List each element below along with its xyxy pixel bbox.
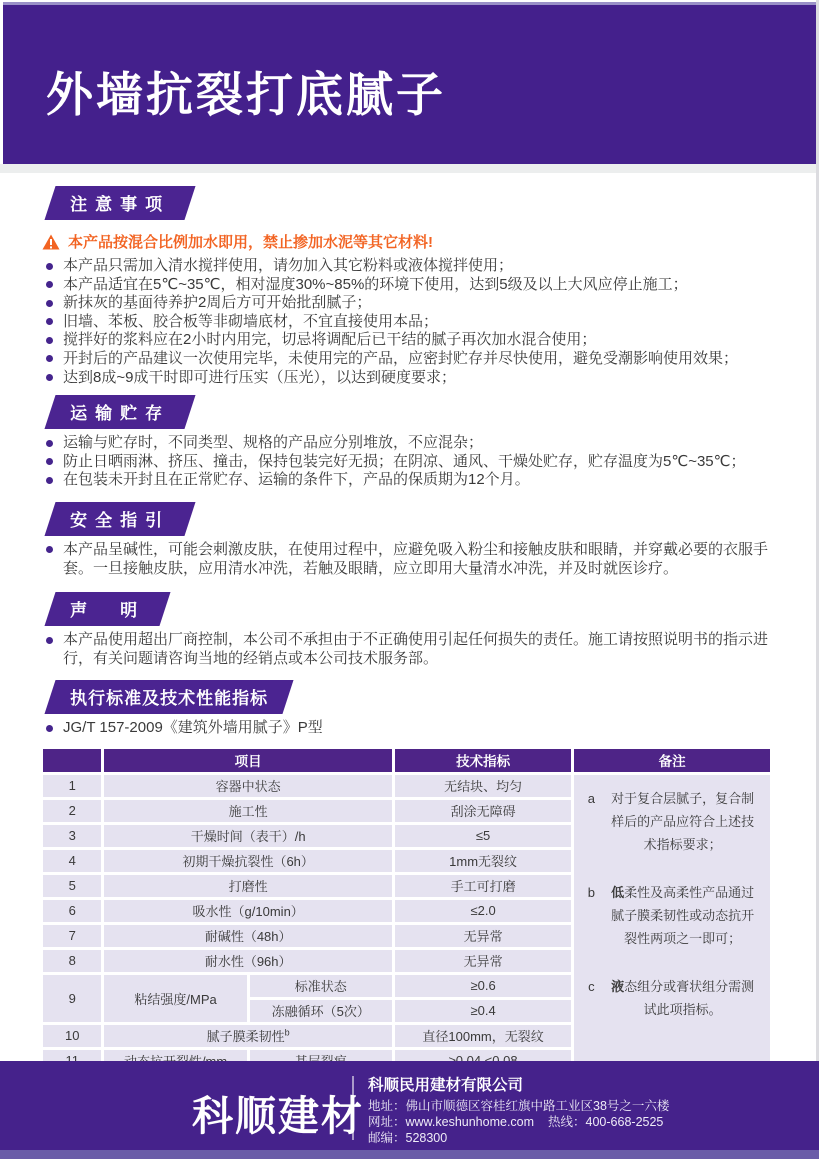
list-item: 本产品适宜在5℃~35℃，相对湿度30%~85%的环境下使用，达到5级及以上大风… [40, 276, 785, 295]
footer-info: 科顺民用建材有限公司 地址：佛山市顺德区容桂红旗中路工业区38号之一六楼 网址：… [368, 1073, 669, 1146]
row-value: 直径100mm，无裂纹 [395, 1025, 571, 1047]
section-badge-label: 安全指引 [70, 506, 170, 531]
row-num: 8 [43, 950, 101, 972]
section-badge-standards: 执行标准及技术性能指标 [44, 680, 293, 714]
row-value: 无异常 [395, 925, 571, 947]
list-item: 达到8成~9成干时即可进行压实（压光），以达到硬度要求； [40, 369, 785, 388]
header-divider-band [0, 164, 819, 173]
list-item: 本产品使用超出厂商控制，本公司不承担由于不正确使用引起任何损失的责任。施工请按照… [40, 631, 785, 668]
row-item: 初期干燥抗裂性（6h） [104, 850, 391, 872]
list-item: 开封后的产品建议一次使用完毕，未使用完的产品，应密封贮存并尽快使用，避免受潮影响… [40, 350, 785, 369]
row-item: 耐碱性（48h） [104, 925, 391, 947]
row-num: 7 [43, 925, 101, 947]
list-item: 搅拌好的浆料应在2小时内用完，切忌将调配后已干结的腻子再次加水混合使用； [40, 331, 785, 350]
row-item: 打磨性 [104, 875, 391, 897]
row-num: 2 [43, 800, 101, 822]
warning-row: 本产品按混合比例加水即用，禁止掺加水泥等其它材料! [42, 231, 785, 252]
col-header-note: 备注 [574, 749, 770, 772]
row-num: 3 [43, 825, 101, 847]
row-num: 10 [43, 1025, 101, 1047]
row-value: ≥0.4 [395, 1000, 571, 1022]
footer-divider [352, 1076, 354, 1140]
row-item: 腻子膜柔韧性b [104, 1025, 391, 1047]
row-item: 吸水性（g/10min） [104, 900, 391, 922]
row-item: 干燥时间（表干）/h [104, 825, 391, 847]
company-address: 地址：佛山市顺德区容桂红旗中路工业区38号之一六楼 [368, 1098, 669, 1114]
note-c: c 液态组分或膏状组分需测试此项指标。 [586, 975, 760, 1021]
company-logo: 科顺建材 [192, 1083, 364, 1142]
section-badge-statement: 声 明 [44, 592, 170, 626]
company-postcode: 邮编：528300 [368, 1130, 669, 1146]
row-item: 施工性 [104, 800, 391, 822]
company-hotline: 热线：400-668-2525 [548, 1115, 663, 1129]
row-value: 无异常 [395, 950, 571, 972]
section-badge-precautions: 注意事项 [44, 186, 195, 220]
note-b: b 低柔性及高柔性产品通过腻子膜柔韧性或动态抗开裂性两项之一即可； [586, 881, 760, 950]
warning-text: 本产品按混合比例加水即用，禁止掺加水泥等其它材料! [68, 231, 433, 252]
transport-storage-list: 运输与贮存时，不同类型、规格的产品应分别堆放，不应混杂； 防止日晒雨淋、挤压、撞… [40, 434, 785, 490]
row-value: 刮涂无障碍 [395, 800, 571, 822]
col-header-index [43, 749, 101, 772]
row-value: 手工可打磨 [395, 875, 571, 897]
row-num: 1 [43, 775, 101, 797]
precautions-list: 本产品只需加入清水搅拌使用，请勿加入其它粉料或液体搅拌使用； 本产品适宜在5℃~… [40, 257, 785, 387]
row-value: ≥0.6 [395, 975, 571, 997]
list-item: 本产品只需加入清水搅拌使用，请勿加入其它粉料或液体搅拌使用； [40, 257, 785, 276]
row-num: 9 [43, 975, 101, 1022]
row-value: ≤5 [395, 825, 571, 847]
list-item: JG/T 157-2009《建筑外墙用腻子》P型 [40, 719, 785, 738]
row-sub-item: 冻融循环（5次） [250, 1000, 392, 1022]
content: 注意事项 本产品按混合比例加水即用，禁止掺加水泥等其它材料! 本产品只需加入清水… [40, 186, 785, 1100]
notes-cell: a 对于复合层腻子，复合制样后的产品应符合上述技术指标要求； b 低柔性及高柔性… [574, 775, 770, 1097]
list-item: 运输与贮存时，不同类型、规格的产品应分别堆放，不应混杂； [40, 434, 785, 453]
company-website: 网址：www.keshunhome.com [368, 1115, 534, 1129]
safety-guide-list: 本产品呈碱性，可能会刺激皮肤，在使用过程中，应避免吸入粉尘和接触皮肤和眼睛，并穿… [40, 541, 785, 578]
section-badge-label: 声 明 [70, 596, 145, 621]
company-contact-line: 网址：www.keshunhome.com热线：400-668-2525 [368, 1114, 669, 1130]
row-item: 粘结强度/MPa [104, 975, 246, 1022]
note-a: a 对于复合层腻子，复合制样后的产品应符合上述技术指标要求； [586, 787, 760, 856]
list-item: 防止日晒雨淋、挤压、撞击，保持包装完好无损；在阴凉、通风、干燥处贮存，贮存温度为… [40, 453, 785, 472]
statement-list: 本产品使用超出厂商控制，本公司不承担由于不正确使用引起任何损失的责任。施工请按照… [40, 631, 785, 668]
row-item: 容器中状态 [104, 775, 391, 797]
page-footer: 科顺建材 科顺民用建材有限公司 地址：佛山市顺德区容桂红旗中路工业区38号之一六… [0, 1061, 819, 1159]
warning-triangle-icon [42, 234, 60, 250]
list-item: 旧墙、苯板、胶合板等非砌墙底材，不宜直接使用本品； [40, 313, 785, 332]
col-header-item: 项目 [104, 749, 391, 772]
page-header: 外墙抗裂打底腻子 [3, 2, 817, 164]
footer-bottom-strip [0, 1150, 819, 1159]
section-badge-label: 运输贮存 [70, 399, 170, 424]
table-row: 1 容器中状态 无结块、均匀 a 对于复合层腻子，复合制样后的产品应符合上述技术… [43, 775, 770, 797]
row-num: 5 [43, 875, 101, 897]
row-value: 1mm无裂纹 [395, 850, 571, 872]
section-badge-label: 注意事项 [70, 190, 170, 215]
page-title: 外墙抗裂打底腻子 [46, 58, 446, 125]
company-name: 科顺民用建材有限公司 [368, 1073, 669, 1095]
row-num: 4 [43, 850, 101, 872]
list-item: 本产品呈碱性，可能会刺激皮肤，在使用过程中，应避免吸入粉尘和接触皮肤和眼睛，并穿… [40, 541, 785, 578]
row-sub-item: 标准状态 [250, 975, 392, 997]
table-header-row: 项目 技术指标 备注 [43, 749, 770, 772]
col-header-value: 技术指标 [395, 749, 571, 772]
row-value: ≤2.0 [395, 900, 571, 922]
row-num: 6 [43, 900, 101, 922]
section-badge-transport-storage: 运输贮存 [44, 395, 195, 429]
section-badge-label: 执行标准及技术性能指标 [70, 684, 268, 709]
row-value: 无结块、均匀 [395, 775, 571, 797]
row-item: 耐水性（96h） [104, 950, 391, 972]
list-item: 在包装未开封且在正常贮存、运输的条件下，产品的保质期为12个月。 [40, 471, 785, 490]
standards-list: JG/T 157-2009《建筑外墙用腻子》P型 [40, 719, 785, 738]
spec-table: 项目 技术指标 备注 1 容器中状态 无结块、均匀 a 对于复合层腻子，复合制样… [40, 746, 773, 1100]
section-badge-safety-guide: 安全指引 [44, 502, 195, 536]
list-item: 新抹灰的基面待养护2周后方可开始批刮腻子； [40, 294, 785, 313]
